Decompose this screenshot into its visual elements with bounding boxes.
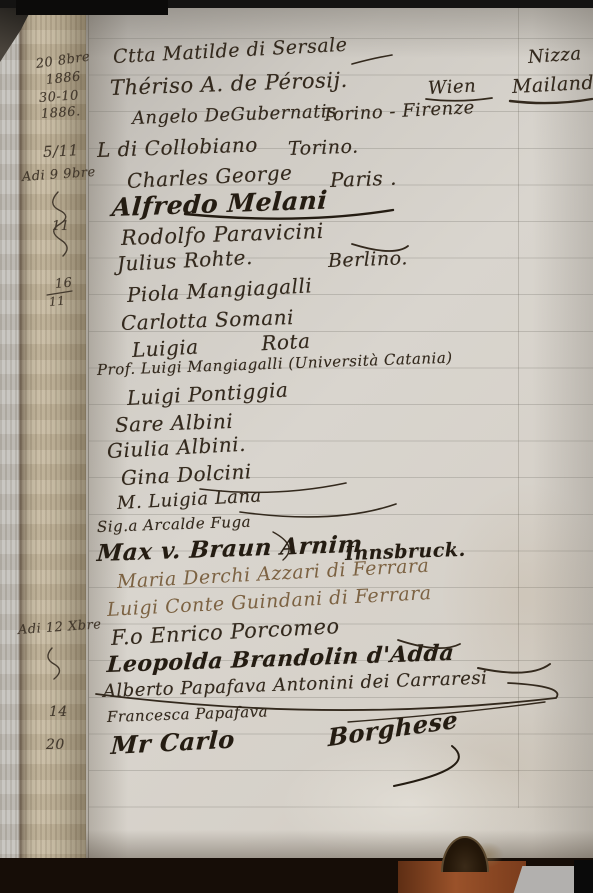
book-page-edges <box>0 0 88 893</box>
margin-date: 30-10 <box>38 88 79 106</box>
margin-date: 14 <box>49 704 68 720</box>
photo-top-edge-dark <box>16 0 168 15</box>
margin-date: 1886. <box>40 104 81 122</box>
ledger-photo: 20 8bre 1886 30-10 1886. 5/11 Adi 9 9bre… <box>0 0 593 893</box>
photo-bottom-corner <box>574 860 593 893</box>
margin-rule-line <box>88 10 89 858</box>
margin-date: 11 <box>52 219 70 234</box>
register-entry-place: Berlino. <box>328 247 409 272</box>
margin-date: 5/11 <box>43 141 80 161</box>
register-entry-place: Mailand <box>511 72 593 98</box>
margin-date: 16 <box>54 275 73 291</box>
register-entry-place: Torino. <box>288 136 359 160</box>
margin-date: 11 <box>48 294 65 309</box>
register-entry-place: Wien <box>427 75 476 98</box>
register-entry-place: Nizza <box>527 43 582 68</box>
register-entry-place: Paris . <box>330 166 398 192</box>
margin-date: 20 <box>46 737 65 753</box>
